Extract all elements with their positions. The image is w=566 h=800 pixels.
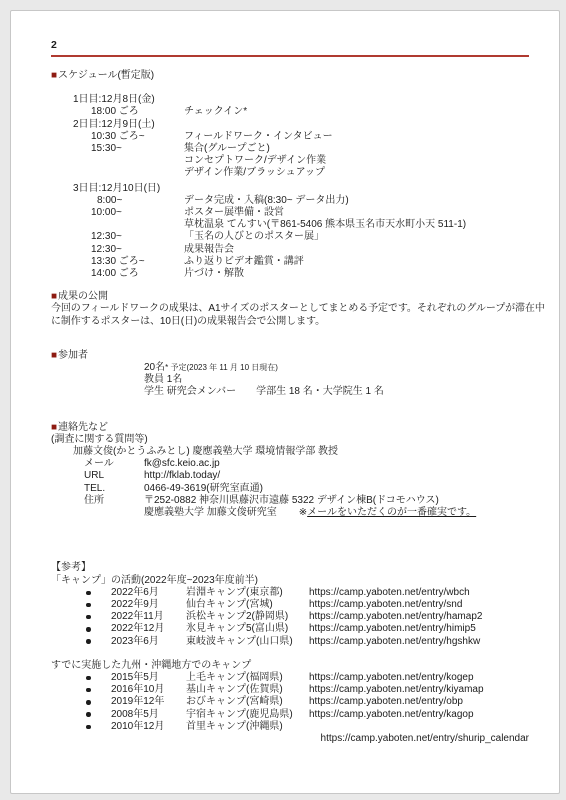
schedule-day-label: 2日目:12月9日(土) xyxy=(51,119,529,131)
participants-section: ■参加者 20名* 予定(2023 年 11 月 10 日現在) 教員 1名 学… xyxy=(51,350,529,399)
camp-list-item: 2022年9月 仙台キャンプ(宮城) https://camp.yaboten.… xyxy=(51,599,529,611)
schedule-time: 15:30~ xyxy=(91,143,184,155)
contact-note-prefix: ※ xyxy=(299,507,307,518)
schedule-row: 草枕温泉 てんすい(〒861-5406 熊本県玉名市天水町小天 511-1) xyxy=(51,219,529,231)
contact-row: メール fk@sfc.keio.ac.jp xyxy=(51,458,529,470)
bullet-icon xyxy=(86,639,111,644)
reference-title: 【参考】 xyxy=(51,562,529,574)
schedule-row: デザイン作業/ブラッシュアップ xyxy=(51,167,529,179)
schedule-row: コンセプトワーク/デザイン作業 xyxy=(51,155,529,167)
camp-date: 2008年5月 xyxy=(111,709,186,721)
schedule-day-label: 1日目:12月8日(金) xyxy=(51,94,529,106)
contact-row: 住所 〒252-0882 神奈川県藤沢市遠藤 5322 デザイン棟B(ドコモハウ… xyxy=(51,495,529,507)
header-rule xyxy=(51,55,529,57)
day1-label: 1日目:12月8日(金) xyxy=(73,94,155,106)
section-square-icon: ■ xyxy=(51,291,57,302)
schedule-activity: 片づけ・解散 xyxy=(184,268,244,280)
bullet-icon xyxy=(86,676,111,681)
schedule-time: 13:30 ごろ~ xyxy=(91,256,184,268)
camp-list-item: 2023年6月 東岐波キャンプ(山口県) https://camp.yabote… xyxy=(51,636,529,648)
schedule-row: 10:30 ごろ~ フィールドワーク・インタビュー xyxy=(51,131,529,143)
recent-camps-heading: 「キャンプ」の活動(2022年度~2023年度前半) xyxy=(51,575,529,587)
camp-url[interactable]: https://camp.yaboten.net/entry/kagop xyxy=(309,709,474,721)
schedule-heading-label: スケジュール(暫定版) xyxy=(58,70,154,81)
camp-name: 氷見キャンプ5(富山県) xyxy=(186,623,309,635)
schedule-activity: チェックイン* xyxy=(184,106,247,118)
camp-date: 2022年11月 xyxy=(111,611,186,623)
contact-note: ※メールをいただくのが一番確実です。 xyxy=(299,507,476,519)
schedule-activity: ふり返りビデオ鑑賞・講評 xyxy=(184,256,304,268)
schedule-time: 8:00~ xyxy=(91,195,184,207)
contact-tel-value: 0466-49-3619(研究室直通) xyxy=(144,483,263,495)
schedule-day-label: 3日目:12月10日(日) xyxy=(51,183,529,195)
camp-list-item: 2022年6月 岩淵キャンプ(東京都) https://camp.yaboten… xyxy=(51,587,529,599)
camp-date: 2022年6月 xyxy=(111,587,186,599)
section-square-icon: ■ xyxy=(51,422,57,433)
camp-list-item: 2010年12月 首里キャンプ(沖縄県) xyxy=(51,721,529,733)
camp-date: 2023年6月 xyxy=(111,636,186,648)
schedule-table: 1日目:12月8日(金) 18:00 ごろ チェックイン* 2日目:12月9日(… xyxy=(51,94,529,280)
schedule-row: 15:30~ 集合(グループごと) xyxy=(51,143,529,155)
contact-section: ■連絡先など (調査に関する質問等) 加藤文俊(かとうふみとし) 慶應義塾大学 … xyxy=(51,422,529,520)
schedule-heading: ■スケジュール(暫定版) xyxy=(51,70,529,82)
participants-teachers-line: 教員 1名 xyxy=(144,374,529,386)
camp-name: 首里キャンプ(沖縄県) xyxy=(186,721,309,733)
camp-date: 2015年5月 xyxy=(111,672,186,684)
camp-list-item: 2019年12年 おびキャンプ(宮崎県) https://camp.yabote… xyxy=(51,696,529,708)
schedule-time: 10:30 ごろ~ xyxy=(91,131,184,143)
camp-date: 2016年10月 xyxy=(111,684,186,696)
section-square-icon: ■ xyxy=(51,350,57,361)
document-page: 2 ■スケジュール(暫定版) 1日目:12月8日(金) 18:00 ごろ チェッ… xyxy=(10,10,560,794)
schedule-time: 10:00~ xyxy=(91,207,184,219)
schedule-time xyxy=(91,219,184,231)
camp-name: 基山キャンプ(佐賀県) xyxy=(186,684,309,696)
pdf-viewer-background: { "page_number": "2", "colors": { "rule"… xyxy=(0,0,566,800)
section-square-icon: ■ xyxy=(51,70,57,81)
contact-heading-label: 連絡先など xyxy=(58,422,108,433)
contact-row: TEL. 0466-49-3619(研究室直通) xyxy=(51,483,529,495)
camp-name: おびキャンプ(宮崎県) xyxy=(186,696,309,708)
schedule-activity: 集合(グループごと) xyxy=(184,143,270,155)
schedule-row: 14:00 ごろ 片づけ・解散 xyxy=(51,268,529,280)
schedule-activity: 「玉名の人びとのポスター展」 xyxy=(184,231,324,243)
participants-count-note: * 予定(2023 年 11 月 10 日現在) xyxy=(165,363,278,372)
camp-url[interactable]: https://camp.yaboten.net/entry/kiyamap xyxy=(309,684,484,696)
schedule-time: 18:00 ごろ xyxy=(91,106,184,118)
contact-label: 住所 xyxy=(84,495,144,507)
schedule-row: 10:00~ ポスター展準備・設営 xyxy=(51,207,529,219)
camp-url[interactable]: https://camp.yaboten.net/entry/snd xyxy=(309,599,462,611)
kyushu-camps-heading: すでに実施した九州・沖縄地方でのキャンプ xyxy=(51,660,529,672)
schedule-time: 14:00 ごろ xyxy=(91,268,184,280)
results-paragraph-line: に制作するポスターは、10日(日)の成果報告会で公開します。 xyxy=(51,316,529,328)
shuri-camp-url[interactable]: https://camp.yaboten.net/entry/shurip_ca… xyxy=(51,733,529,745)
contact-email-value[interactable]: fk@sfc.keio.ac.jp xyxy=(144,458,220,470)
contact-label: TEL. xyxy=(84,483,144,495)
schedule-activity: コンセプトワーク/デザイン作業 xyxy=(184,155,326,167)
contact-lab-name: 慶應義塾大学 加藤文俊研究室 xyxy=(144,507,277,519)
results-paragraph-line: 今回のフィールドワークの成果は、A1サイズのポスターとしてまとめる予定です。それ… xyxy=(51,303,529,315)
participants-students-line: 学生 研究会メンバー 学部生 18 名・大学院生 1 名 xyxy=(144,386,529,398)
schedule-activity: デザイン作業/ブラッシュアップ xyxy=(184,167,325,179)
schedule-activity: 成果報告会 xyxy=(184,244,234,256)
camp-date: 2022年9月 xyxy=(111,599,186,611)
camp-url[interactable]: https://camp.yaboten.net/entry/wbch xyxy=(309,587,470,599)
camp-name: 岩淵キャンプ(東京都) xyxy=(186,587,309,599)
bullet-icon xyxy=(86,615,111,620)
bullet-icon xyxy=(86,627,111,632)
contact-url-value[interactable]: http://fklab.today/ xyxy=(144,470,220,482)
participants-count-line: 20名* 予定(2023 年 11 月 10 日現在) xyxy=(144,362,529,374)
camp-name: 仙台キャンプ(宮城) xyxy=(186,599,309,611)
schedule-activity: ポスター展準備・設営 xyxy=(184,207,284,219)
camp-date: 2010年12月 xyxy=(111,721,186,733)
bullet-icon xyxy=(86,725,111,730)
contact-heading: ■連絡先など xyxy=(51,422,529,434)
results-section: ■成果の公開 今回のフィールドワークの成果は、A1サイズのポスターとしてまとめる… xyxy=(51,291,529,328)
contact-address-value: 〒252-0882 神奈川県藤沢市遠藤 5322 デザイン棟B(ドコモハウス) xyxy=(144,495,439,507)
camp-name: 浜松キャンプ2(静岡県) xyxy=(186,611,309,623)
schedule-time: 12:30~ xyxy=(91,244,184,256)
reference-section: 【参考】 「キャンプ」の活動(2022年度~2023年度前半) 2022年6月 … xyxy=(51,562,529,745)
schedule-row: 8:00~ データ完成・入稿(8:30~ データ出力) xyxy=(51,195,529,207)
recent-camps-list: 2022年6月 岩淵キャンプ(東京都) https://camp.yaboten… xyxy=(51,587,529,648)
camp-name: 東岐波キャンプ(山口県) xyxy=(186,636,309,648)
camp-date: 2019年12年 xyxy=(111,696,186,708)
schedule-activity: データ完成・入稿(8:30~ データ出力) xyxy=(184,195,349,207)
schedule-row: 18:00 ごろ チェックイン* xyxy=(51,106,529,118)
page-number: 2 xyxy=(51,39,529,51)
schedule-time xyxy=(91,167,184,179)
schedule-time: 12:30~ xyxy=(91,231,184,243)
camp-list-item: 2022年12月 氷見キャンプ5(富山県) https://camp.yabot… xyxy=(51,623,529,635)
contact-address-line2: 慶應義塾大学 加藤文俊研究室 ※メールをいただくのが一番確実です。 xyxy=(144,507,529,519)
contact-label: メール xyxy=(84,458,144,470)
schedule-row: 12:30~ 「玉名の人びとのポスター展」 xyxy=(51,231,529,243)
camp-date: 2022年12月 xyxy=(111,623,186,635)
participants-heading-label: 参加者 xyxy=(58,350,88,361)
camp-name: 上毛キャンプ(福岡県) xyxy=(186,672,309,684)
results-heading-label: 成果の公開 xyxy=(58,291,108,302)
camp-list-item: 2015年5月 上毛キャンプ(福岡県) https://camp.yaboten… xyxy=(51,672,529,684)
day2-label: 2日目:12月9日(土) xyxy=(73,119,155,131)
camp-url[interactable]: https://camp.yaboten.net/entry/kogep xyxy=(309,672,474,684)
camp-url[interactable]: https://camp.yaboten.net/entry/hamap2 xyxy=(309,611,482,623)
schedule-activity: 草枕温泉 てんすい(〒861-5406 熊本県玉名市天水町小天 511-1) xyxy=(184,219,466,231)
camp-name: 宇宿キャンプ(鹿児島県) xyxy=(186,709,309,721)
contact-subheading: (調査に関する質問等) xyxy=(51,434,529,446)
schedule-activity: フィールドワーク・インタビュー xyxy=(184,131,333,143)
contact-row: URL http://fklab.today/ xyxy=(51,470,529,482)
contact-person: 加藤文俊(かとうふみとし) 慶應義塾大学 環境情報学部 教授 xyxy=(73,446,529,458)
camp-url[interactable]: https://camp.yaboten.net/entry/obp xyxy=(309,696,463,708)
camp-list-item: 2008年5月 宇宿キャンプ(鹿児島県) https://camp.yabote… xyxy=(51,709,529,721)
schedule-row: 12:30~ 成果報告会 xyxy=(51,244,529,256)
schedule-time xyxy=(91,155,184,167)
kyushu-camps-list: 2015年5月 上毛キャンプ(福岡県) https://camp.yaboten… xyxy=(51,672,529,745)
results-heading: ■成果の公開 xyxy=(51,291,529,303)
bullet-icon xyxy=(86,712,111,717)
bullet-icon xyxy=(86,688,111,693)
day3-label: 3日目:12月10日(日) xyxy=(73,183,160,195)
contact-label: URL xyxy=(84,470,144,482)
contact-note-underlined: メールをいただくのが一番確実です。 xyxy=(307,507,476,518)
schedule-row: 13:30 ごろ~ ふり返りビデオ鑑賞・講評 xyxy=(51,256,529,268)
camp-url[interactable]: https://camp.yaboten.net/entry/hgshkw xyxy=(309,636,480,648)
participants-heading: ■参加者 xyxy=(51,350,529,362)
camp-list-item: 2022年11月 浜松キャンプ2(静岡県) https://camp.yabot… xyxy=(51,611,529,623)
participants-count: 20名 xyxy=(144,362,165,373)
camp-list-item: 2016年10月 基山キャンプ(佐賀県) https://camp.yabote… xyxy=(51,684,529,696)
bullet-icon xyxy=(86,603,111,608)
bullet-icon xyxy=(86,591,111,596)
camp-url[interactable]: https://camp.yaboten.net/entry/himip5 xyxy=(309,623,476,635)
bullet-icon xyxy=(86,700,111,705)
